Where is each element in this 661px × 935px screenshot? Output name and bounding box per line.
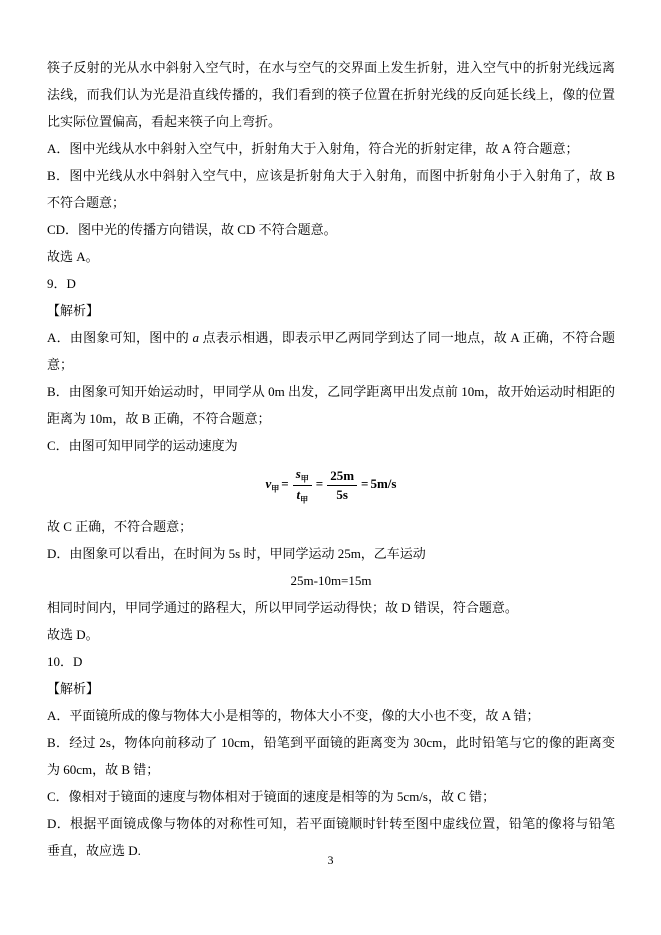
q8-intro-paragraph: 筷子反射的光从水中斜射入空气时，在水与空气的交界面上发生折射，进入空气中的折射光…: [47, 54, 615, 135]
q9-option-d-explain: 相同时间内，甲同学通过的路程大，所以甲同学运动得快；故 D 错误，符合题意。: [47, 594, 615, 621]
q9-conclusion: 故选 D。: [47, 621, 615, 648]
q10-option-b-analysis: B．经过 2s，物体向前移动了 10cm，铅笔到平面镜的距离变为 30cm，此时…: [47, 729, 615, 783]
document-page: { "document": { "q8": { "intro": "筷子反射的光…: [0, 0, 661, 935]
equals-sign: =: [281, 476, 288, 491]
q10-option-c-analysis: C．像相对于镜面的速度与物体相对于镜面的速度是相等的为 5cm/s，故 C 错；: [47, 783, 615, 810]
q8-conclusion: 故选 A。: [47, 243, 615, 270]
q9-option-b-analysis: B．由图象可知开始运动时，甲同学从 0m 出发，乙同学距离甲出发点前 10m，故…: [47, 378, 615, 432]
page-number: 3: [0, 851, 661, 869]
velocity-subscript: 甲: [271, 485, 279, 494]
q10-analysis-label: 【解析】: [47, 675, 615, 702]
time-subscript: 甲: [300, 495, 308, 504]
q9-option-c-verdict: 故 C 正确，不符合题意；: [47, 513, 615, 540]
q10-option-a-analysis: A．平面镜所成的像与物体大小是相等的，物体大小不变，像的大小也不变，故 A 错；: [47, 702, 615, 729]
equals-sign: =: [316, 476, 323, 491]
distance-value: 25m: [327, 468, 357, 486]
distance-time-fraction: s甲t甲: [293, 466, 312, 504]
q9-analysis-label: 【解析】: [47, 297, 615, 324]
q9-option-a-text-prefix: A．由图象可知，图中的: [47, 330, 193, 345]
q9-option-a-analysis: A．由图象可知，图中的 a 点表示相遇，即表示甲乙两同学到达了同一地点，故 A …: [47, 324, 615, 378]
document-body: 筷子反射的光从水中斜射入空气时，在水与空气的交界面上发生折射，进入空气中的折射光…: [47, 54, 615, 864]
q10-answer-heading: 10．D: [47, 648, 615, 675]
q8-option-cd-analysis: CD．图中光的传播方向错误，故 CD 不符合题意。: [47, 216, 615, 243]
q9-option-c-intro: C．由图可知甲同学的运动速度为: [47, 432, 615, 459]
q9-speed-formula: v甲=s甲t甲=25m5s=5m/s: [47, 466, 615, 504]
q9-option-d-intro: D．由图象可以看出，在时间为 5s 时，甲同学运动 25m，乙车运动: [47, 540, 615, 567]
distance-subscript: 甲: [301, 475, 309, 484]
q8-option-a-analysis: A．图中光线从水中斜射入空气中，折射角大于入射角，符合光的折射定律，故 A 符合…: [47, 135, 615, 162]
speed-result: 5m/s: [370, 476, 396, 491]
time-value: 5s: [327, 486, 357, 503]
numeric-fraction: 25m5s: [327, 468, 357, 503]
q8-option-b-analysis: B．图中光线从水中斜射入空气中，应该是折射角大于入射角，而图中折射角小于入射角了…: [47, 162, 615, 216]
q9-distance-equation: 25m-10m=15m: [47, 567, 615, 594]
equals-sign: =: [361, 476, 368, 491]
q9-answer-heading: 9．D: [47, 270, 615, 297]
